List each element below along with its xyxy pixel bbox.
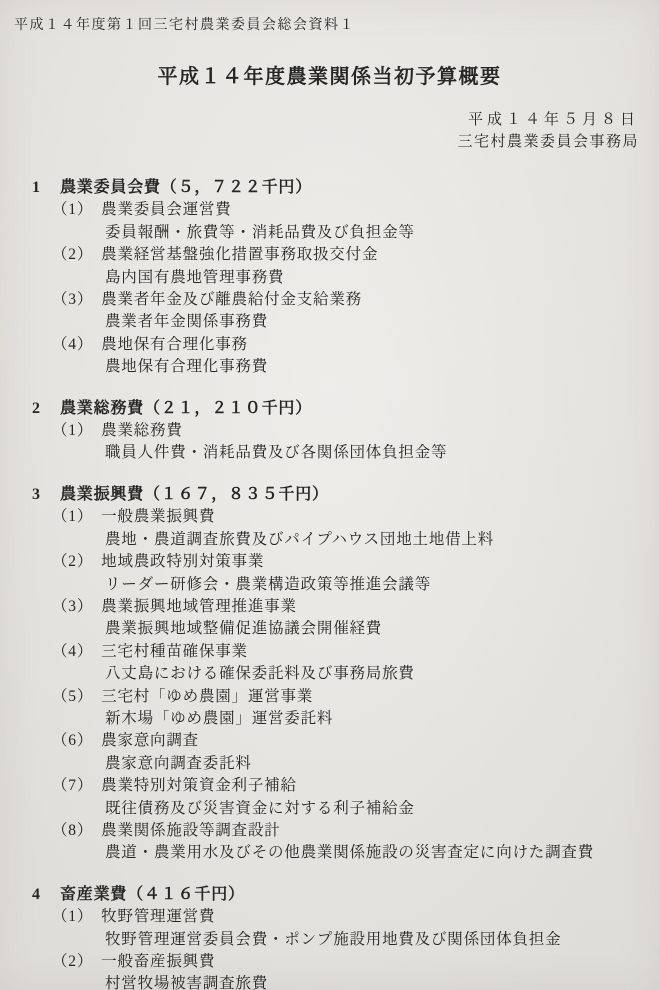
section-heading-line: 2農業総務費（２１，２１０千円） <box>0 398 659 420</box>
budget-item-line: （3）農業者年金及び離農給付金支給業務 <box>0 289 659 311</box>
item-title: 地域農政特別対策事業 <box>101 553 264 570</box>
item-detail: 農家意向調査委託料 <box>0 753 659 775</box>
item-title: 農業者年金及び離農給付金支給業務 <box>101 291 362 308</box>
item-detail: 職員人件費・消耗品費及び各関係団体負担金等 <box>0 442 659 464</box>
budget-item-line: （7）農業特別対策資金利子補給 <box>0 775 659 797</box>
item-title: 牧野管理運営費 <box>101 908 215 925</box>
item-detail: 八丈島における確保委託料及び事務局旅費 <box>0 663 659 685</box>
item-label: （1） <box>52 420 93 442</box>
budget-section: 1農業委員会費（５，７２２千円）（1）農業委員会運営費委員報酬・旅費等・消耗品費… <box>0 177 659 379</box>
item-detail: 牧野管理運営委員会費・ポンプ施設用地費及び関係団体負担金 <box>0 929 659 951</box>
section-heading-line: 1農業委員会費（５，７２２千円） <box>0 177 659 199</box>
budget-item-line: （4）農地保有合理化事務 <box>0 334 659 356</box>
date-block: 平成１４年５月８日 三宅村農業委員会事務局 <box>0 109 659 153</box>
section-heading: 農業委員会費（５，７２２千円） <box>60 179 312 196</box>
budget-section: 2農業総務費（２１，２１０千円）（1）農業総務費職員人件費・消耗品費及び各関係団… <box>0 398 659 465</box>
item-label: （7） <box>52 775 93 797</box>
item-detail: 新木場「ゆめ農園」運営委託料 <box>0 708 659 730</box>
item-label: （3） <box>52 289 93 311</box>
section-heading: 農業振興費（１６７，８３５千円） <box>60 486 329 503</box>
budget-item-line: （2）農業経営基盤強化措置事務取扱交付金 <box>0 244 659 266</box>
budget-item-line: （6）農家意向調査 <box>0 730 659 752</box>
budget-item-line: （5）三宅村「ゆめ農園」運営事業 <box>0 686 659 708</box>
item-label: （3） <box>52 596 93 618</box>
budget-item-line: （2）地域農政特別対策事業 <box>0 551 659 573</box>
item-label: （2） <box>52 244 93 266</box>
item-label: （4） <box>52 641 93 663</box>
item-detail: 農地保有合理化事務費 <box>0 356 659 378</box>
budget-section: 4畜産業費（４１６千円）（1）牧野管理運営費牧野管理運営委員会費・ポンプ施設用地… <box>0 884 659 990</box>
item-detail: リーダー研修会・農業構造政策等推進会議等 <box>0 574 659 596</box>
page-title: 平成１４年度農業関係当初予算概要 <box>0 60 659 89</box>
section-number: 4 <box>32 884 60 906</box>
item-title: 農業委員会運営費 <box>101 201 231 218</box>
section-number: 1 <box>32 177 60 199</box>
item-title: 一般畜産振興費 <box>101 953 215 970</box>
budget-item-line: （1）牧野管理運営費 <box>0 906 659 928</box>
item-detail: 農地・農道調査旅費及びパイプハウス団地土地借上料 <box>0 529 659 551</box>
section-heading-line: 4畜産業費（４１６千円） <box>0 884 659 906</box>
item-label: （4） <box>52 334 93 356</box>
section-heading: 農業総務費（２１，２１０千円） <box>60 400 312 417</box>
item-label: （2） <box>52 951 93 973</box>
item-title: 農業特別対策資金利子補給 <box>101 777 297 794</box>
item-label: （1） <box>52 199 93 221</box>
item-label: （1） <box>52 906 93 928</box>
item-title: 三宅村「ゆめ農園」運営事業 <box>101 688 313 705</box>
budget-item-line: （4）三宅村種苗確保事業 <box>0 641 659 663</box>
document-date: 平成１４年５月８日 <box>0 109 639 131</box>
item-title: 農家意向調査 <box>101 732 199 749</box>
item-detail: 農道・農業用水及びその他農業関係施設の災害査定に向けた調査費 <box>0 842 659 864</box>
section-number: 3 <box>32 484 60 506</box>
item-detail: 村営牧場被害調査旅費 <box>0 973 659 990</box>
scanned-budget-document: 平成１４年度第１回三宅村農業委員会総会資料１ 平成１４年度農業関係当初予算概要 … <box>0 0 659 990</box>
item-title: 農業経営基盤強化措置事務取扱交付金 <box>101 246 378 263</box>
item-label: （1） <box>52 506 93 528</box>
budget-item-line: （1）一般農業振興費 <box>0 506 659 528</box>
item-title: 農業振興地域管理推進事業 <box>101 598 297 615</box>
budget-item-line: （2）一般畜産振興費 <box>0 951 659 973</box>
budget-item-line: （3）農業振興地域管理推進事業 <box>0 596 659 618</box>
section-number: 2 <box>32 398 60 420</box>
item-label: （6） <box>52 730 93 752</box>
item-detail: 既往債務及び災害資金に対する利子補給金 <box>0 798 659 820</box>
document-header-note: 平成１４年度第１回三宅村農業委員会総会資料１ <box>14 14 659 34</box>
document-office: 三宅村農業委員会事務局 <box>0 131 639 153</box>
budget-section: 3農業振興費（１６７，８３５千円）（1）一般農業振興費農地・農道調査旅費及びパイ… <box>0 484 659 865</box>
item-label: （8） <box>52 820 93 842</box>
budget-sections: 1農業委員会費（５，７２２千円）（1）農業委員会運営費委員報酬・旅費等・消耗品費… <box>0 177 659 990</box>
item-title: 三宅村種苗確保事業 <box>101 643 248 660</box>
item-title: 農地保有合理化事務 <box>101 336 248 353</box>
item-detail: 農業振興地域整備促進協議会開催経費 <box>0 618 659 640</box>
budget-item-line: （1）農業委員会運営費 <box>0 199 659 221</box>
item-detail: 委員報酬・旅費等・消耗品費及び負担金等 <box>0 222 659 244</box>
budget-item-line: （1）農業総務費 <box>0 420 659 442</box>
item-label: （5） <box>52 686 93 708</box>
item-title: 農業総務費 <box>101 422 183 439</box>
item-detail: 島内国有農地管理事務費 <box>0 267 659 289</box>
item-title: 一般農業振興費 <box>101 508 215 525</box>
section-heading-line: 3農業振興費（１６７，８３５千円） <box>0 484 659 506</box>
item-detail: 農業者年金関係事務費 <box>0 311 659 333</box>
section-heading: 畜産業費（４１６千円） <box>60 886 245 903</box>
budget-item-line: （8）農業関係施設等調査設計 <box>0 820 659 842</box>
item-label: （2） <box>52 551 93 573</box>
item-title: 農業関係施設等調査設計 <box>101 822 280 839</box>
